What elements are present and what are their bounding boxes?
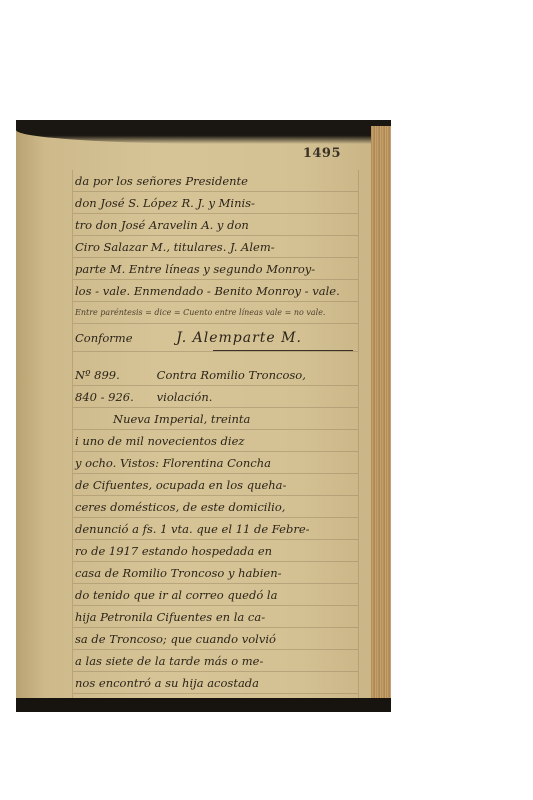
page-edge-stack [371, 126, 391, 698]
text-line: los - vale. Enmendado - Benito Monroy - … [73, 280, 358, 302]
page-number: 1495 [303, 146, 341, 161]
text-line: don José S. López R. J. y Minis- [73, 192, 358, 214]
ruled-text-area: da por los señores Presidente don José S… [72, 170, 359, 700]
entry-title: Contra Romilio Troncoso, [157, 368, 306, 382]
body-line: ceres domésticos, de este domicilio, [73, 496, 358, 518]
entry-number: Nº 899. [75, 364, 153, 386]
signature-underline [213, 350, 353, 351]
body-line: Nueva Imperial, treinta [73, 408, 358, 430]
body-line: do tenido que ir al correo quedó la [73, 584, 358, 606]
body-line: sa de Troncoso; que cuando volvió [73, 628, 358, 650]
body-line: casa de Romilio Troncoso y habien- [73, 562, 358, 584]
entry-header-line-1: Nº 899. Contra Romilio Troncoso, [73, 364, 358, 386]
entry-reference: 840 - 926. [75, 386, 153, 408]
body-line: i uno de mil novecientos diez [73, 430, 358, 452]
page-top-shadow [16, 130, 371, 144]
text-line: tro don José Aravelin A. y don [73, 214, 358, 236]
body-line: de Cifuentes, ocupada en los queha- [73, 474, 358, 496]
marginal-note-line: Entre paréntesis = dice = Cuento entre l… [73, 302, 358, 324]
bottom-shadow-band [16, 698, 391, 712]
ledger-page: 1495 da por los señores Presidente don J… [16, 130, 371, 698]
text-line: parte M. Entre líneas y segundo Monroy- [73, 258, 358, 280]
conforme-signature-line: Conforme J. Alemparte M. [73, 324, 358, 352]
signature: J. Alemparte M. [176, 330, 302, 346]
entry-subtitle: violación. [157, 390, 213, 404]
document-viewer: 1495 da por los señores Presidente don J… [0, 0, 533, 800]
text-line: da por los señores Presidente [73, 170, 358, 192]
text-line: Ciro Salazar M., titulares. J. Alem- [73, 236, 358, 258]
body-line: a las siete de la tarde más o me- [73, 650, 358, 672]
closing-word: Conforme [75, 331, 133, 345]
body-line: denunció a fs. 1 vta. que el 11 de Febre… [73, 518, 358, 540]
body-line: hija Petronila Cifuentes en la ca- [73, 606, 358, 628]
entry-header-line-2: 840 - 926. violación. [73, 386, 358, 408]
body-line: nos encontró a su hija acostada [73, 672, 358, 694]
body-line: ro de 1917 estando hospedada en [73, 540, 358, 562]
body-line: y ocho. Vistos: Florentina Concha [73, 452, 358, 474]
scanned-page-image: 1495 da por los señores Presidente don J… [16, 120, 391, 712]
